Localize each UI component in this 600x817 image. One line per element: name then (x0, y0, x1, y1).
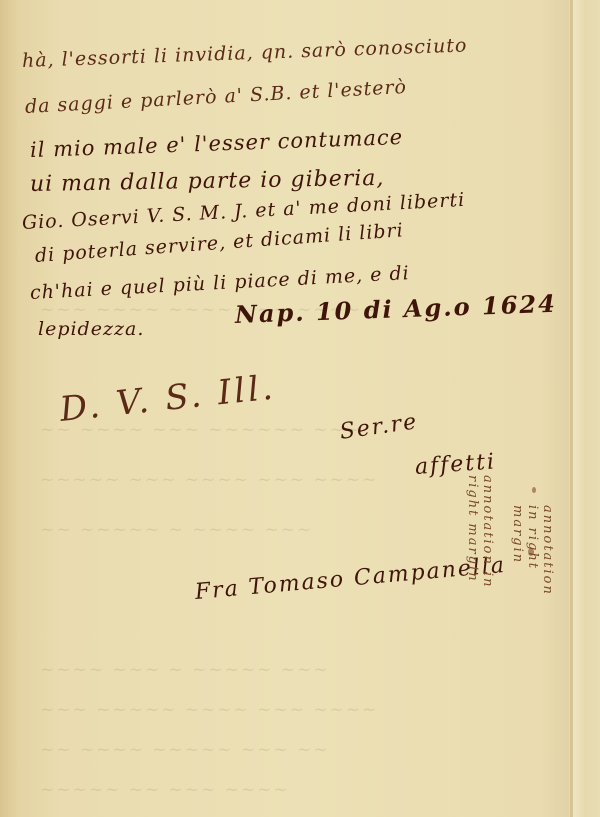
page-fold (570, 0, 573, 817)
bleed-through-text: ~~~ ~~~~~ ~~~~ ~~~ ~~~~ (40, 700, 540, 720)
letter-line-3: il mio male e' l'esser contumace (30, 125, 404, 162)
bleed-through-text: ~~~~~ ~~ ~~~ ~~~~ (40, 780, 540, 800)
manuscript-page: ~~~ ~~~~ ~~~~~ ~~ ~~~~~ ~~ ~~~~ ~~~ ~~~~… (0, 0, 600, 817)
ink-blot (532, 487, 536, 493)
bleed-through-text: ~~~~ ~~~ ~ ~~~~~ ~~~ (40, 660, 540, 680)
letter-line-1: hà, l'essorti li invidia, qn. sarò conos… (22, 34, 468, 72)
dateline: Nap. 10 di Ag.o 1624 (234, 289, 557, 329)
bleed-through-text: ~~ ~~~~ ~~~~~ ~~~ ~~ (40, 740, 540, 760)
ink-blot (528, 548, 534, 556)
signature: Fra Tomaso Campanella (194, 553, 507, 605)
margin-note-vertical: annotation in right margin (465, 475, 495, 595)
letter-line-4: ui man dalla parte io giberia, (30, 166, 385, 197)
letter-line-8: lepidezza. (38, 318, 144, 340)
letter-line-2: da saggi e parlerò a' S.B. et l'esterò (24, 76, 407, 118)
